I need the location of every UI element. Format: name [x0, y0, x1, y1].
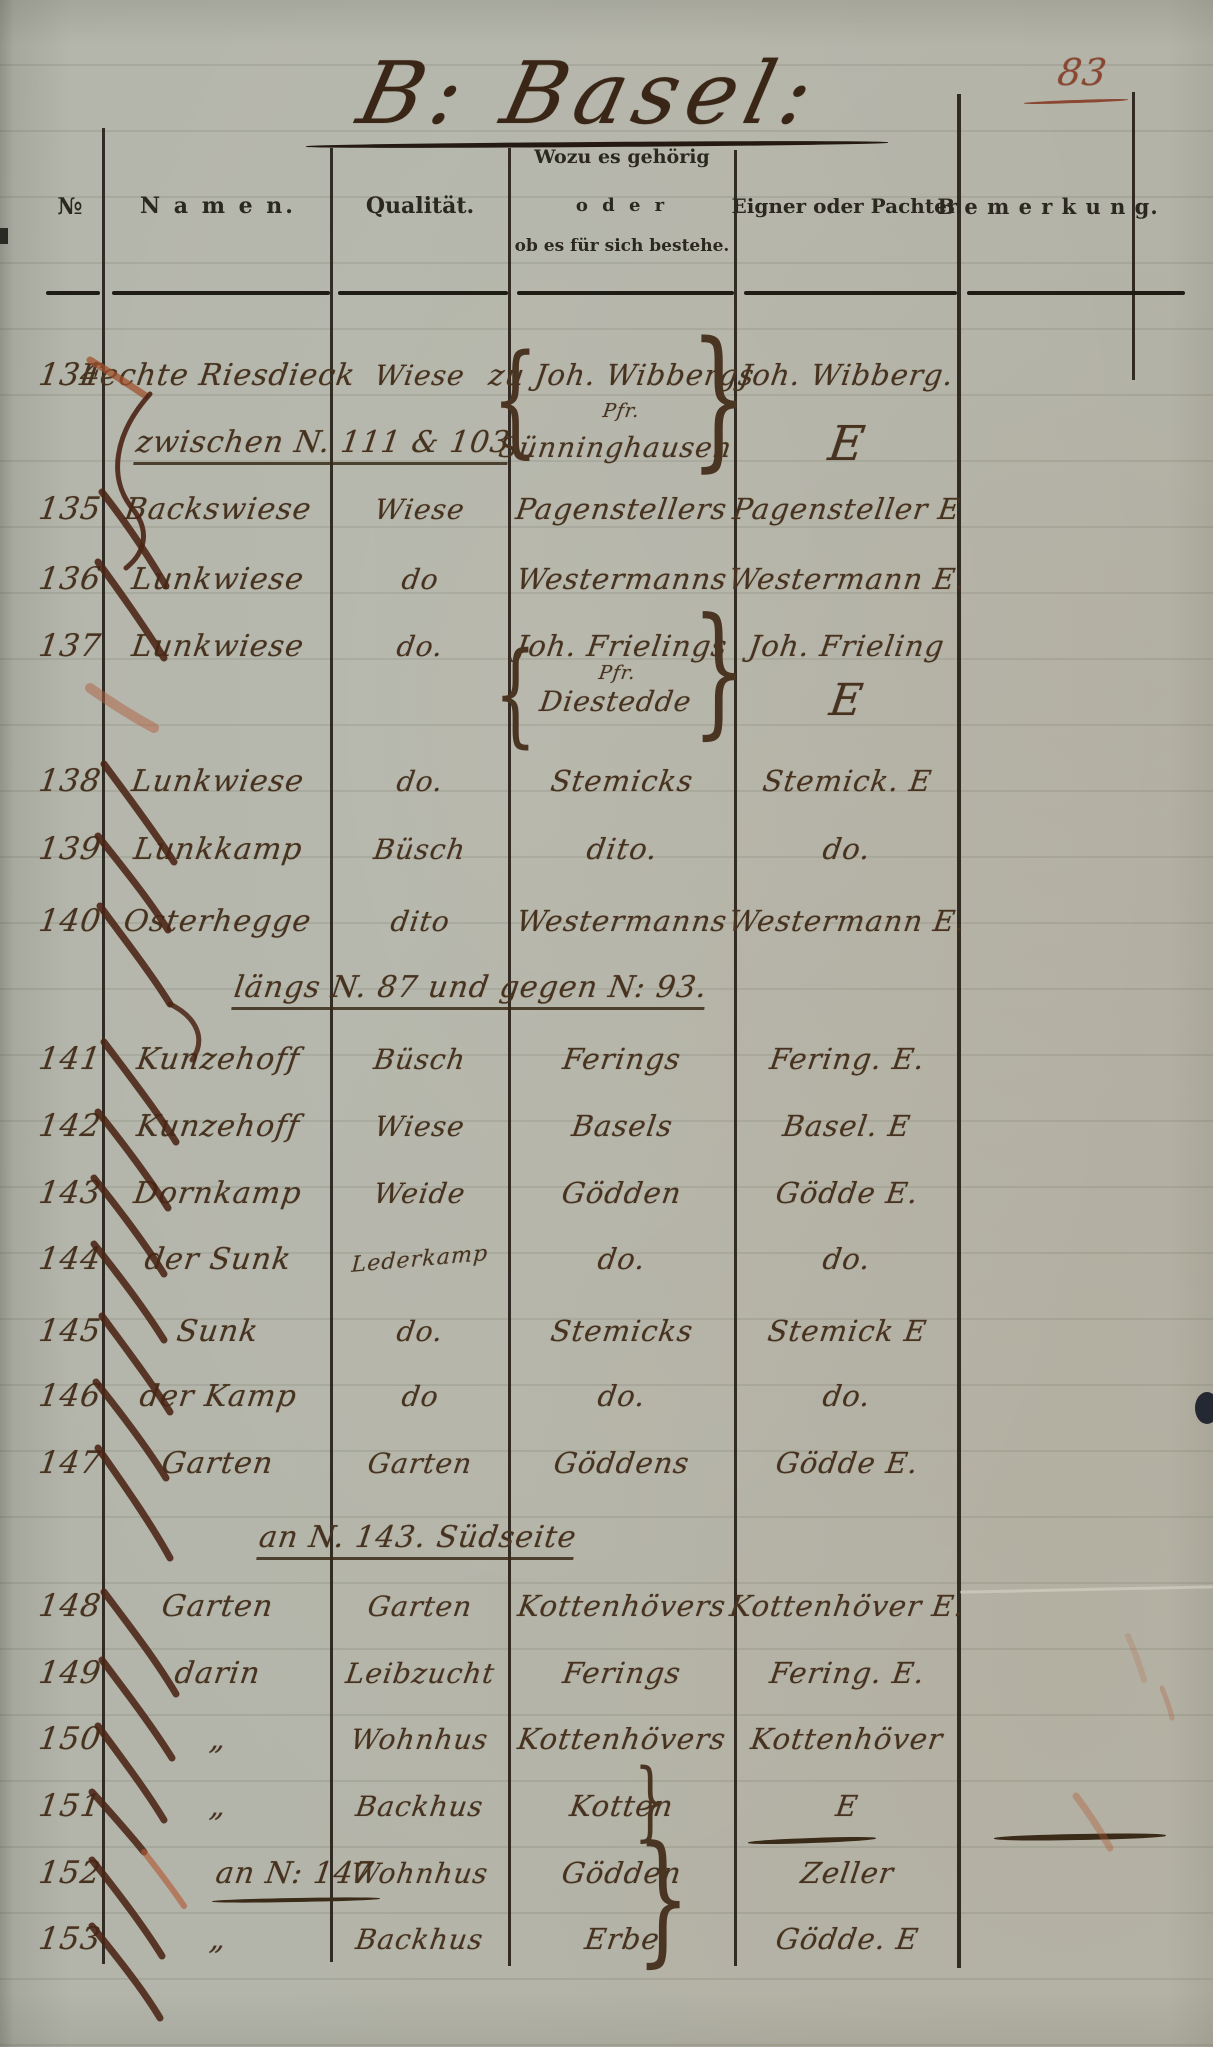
- table-row: 134 Fechte Riesdieck Wiese zu Joh. Wibbe…: [0, 352, 1213, 398]
- row-number: 145: [36, 1313, 103, 1349]
- table-row: 145 Sunk do. Stemicks Stemick E: [0, 1308, 1213, 1354]
- table-row: 138 Lunkwiese do. Stemicks Stemick. E: [0, 758, 1213, 804]
- name-entry: „: [207, 1789, 228, 1824]
- qualitaet-entry: do.: [395, 630, 446, 663]
- eigner-entry: Kottenhöver E.: [727, 1589, 966, 1623]
- row-number: 153: [36, 1921, 103, 1957]
- row-number: 147: [36, 1445, 103, 1481]
- header-rule: [338, 291, 508, 295]
- eigner-entry: do.: [821, 1242, 874, 1276]
- brace-open: {: [492, 338, 539, 460]
- table-row: 152 an N: 147 Wohnhus Gödden Zeller: [0, 1850, 1213, 1896]
- table-row: 143 Dornkamp Weide Gödden Gödde E.: [0, 1170, 1213, 1216]
- page-number-underline: [1024, 98, 1128, 105]
- eigner-entry: Westermann E.: [726, 562, 968, 596]
- eigner-entry: Westermann E.: [726, 904, 968, 938]
- name-entry: Lunkwiese: [130, 562, 307, 597]
- wozu-entry: Gödden: [560, 1176, 684, 1210]
- row-number: 143: [36, 1175, 103, 1211]
- row-number: 149: [36, 1655, 103, 1691]
- qualitaet-entry: Garten: [366, 1590, 475, 1623]
- name-entry: Lunkwiese: [130, 764, 307, 799]
- eigner-entry: do.: [821, 832, 874, 866]
- wozu-entry: Pagenstellers: [514, 492, 730, 526]
- qualitaet-entry: do.: [395, 1315, 446, 1348]
- table-row: 135 Backswiese Wiese Pagenstellers Pagen…: [0, 486, 1213, 532]
- wozu-entry: dito.: [584, 832, 659, 866]
- qualitaet-entry: Büsch: [372, 1043, 468, 1076]
- name-entry: „: [207, 1722, 228, 1757]
- table-row: 150 „ Wohnhus Kottenhövers Kottenhöver: [0, 1716, 1213, 1762]
- header-bemerkung: B e m e r k u n g.: [962, 186, 1134, 226]
- eigner-entry: do.: [821, 1379, 874, 1413]
- wozu-entry: do.: [596, 1242, 649, 1276]
- wozu-entry: Stemicks: [549, 764, 696, 798]
- eigner-entry: Stemick. E: [760, 764, 934, 798]
- qualitaet-entry: Wiese: [373, 359, 467, 392]
- eigner-entry-line2: E: [738, 416, 956, 472]
- row-number: 140: [36, 903, 103, 939]
- wozu-entry: Stemicks: [549, 1314, 696, 1348]
- table-row: 136 Lunkwiese do Westermanns Westermann …: [0, 556, 1213, 602]
- name-entry: darin: [173, 1656, 263, 1691]
- header-wozu-line3: ob es für sich bestehe.: [512, 230, 732, 262]
- qualitaet-entry: Wiese: [373, 493, 467, 526]
- brace-close: }: [690, 322, 748, 474]
- row-number: 136: [36, 561, 103, 597]
- page-title: B: Basel:: [290, 40, 890, 148]
- check-flourish: [118, 394, 150, 568]
- qualitaet-entry: do.: [395, 765, 446, 798]
- wozu-entry-line2: Diestedde: [516, 678, 716, 724]
- wozu-entry: Westermanns: [515, 904, 730, 938]
- row-number: 151: [36, 1788, 103, 1824]
- wozu-entry: Göddens: [552, 1446, 692, 1480]
- header-rule: [112, 291, 330, 295]
- name-entry: Kunzehoff: [134, 1109, 301, 1144]
- row-number: 138: [36, 763, 103, 799]
- qualitaet-entry: dito: [388, 905, 452, 938]
- row-number: 146: [36, 1378, 103, 1414]
- wozu-entry-line2: Sünninghausen: [512, 424, 718, 470]
- header-rule: [744, 291, 957, 295]
- header-rule: [517, 291, 734, 295]
- brace-close: }: [692, 600, 746, 742]
- document-page: 83 B: Basel: № N a m e n. Qualität. Wozu…: [0, 0, 1213, 2047]
- header-no: №: [36, 186, 104, 226]
- check-mark: [90, 688, 154, 728]
- name-entry: der Kamp: [137, 1379, 299, 1414]
- row-number: 144: [36, 1241, 103, 1277]
- name-entry: Dornkamp: [132, 1176, 304, 1211]
- margin-note: an N. 143. Südseite: [248, 1518, 588, 1562]
- row-number: 135: [36, 491, 103, 527]
- eigner-entry: Fering. E.: [767, 1656, 927, 1690]
- row-number: 141: [36, 1041, 103, 1077]
- header-namen: N a m e n.: [108, 186, 328, 226]
- name-entry: Garten: [160, 1589, 276, 1624]
- name-entry: Osterhegge: [122, 904, 314, 939]
- margin-note: längs N. 87 und gegen N: 93.: [240, 968, 700, 1012]
- wozu-entry: Ferings: [561, 1042, 684, 1076]
- wozu-superscript: Pfr.: [556, 398, 686, 424]
- eigner-entry: Pagensteller E: [731, 492, 963, 526]
- table-row: 153 „ Backhus Erbe Gödde. E: [0, 1916, 1213, 1962]
- header-wozu-line1: Wozu es gehörig: [512, 140, 732, 174]
- eigner-entry: Kottenhöver: [749, 1722, 946, 1756]
- header-qualitaet: Qualität.: [334, 186, 506, 226]
- name-entry: Sunk: [175, 1314, 261, 1349]
- row-number: 152: [36, 1855, 103, 1891]
- row-number: 148: [36, 1588, 103, 1624]
- qualitaet-entry: Garten: [366, 1447, 475, 1480]
- table-row: 151 „ Backhus Kotten E: [0, 1783, 1213, 1829]
- qualitaet-entry: do: [399, 563, 440, 596]
- qualitaet-entry: do: [399, 1380, 440, 1413]
- row-number: 139: [36, 831, 103, 867]
- row-number: 142: [36, 1108, 103, 1144]
- table-row: 140 Osterhegge dito Westermanns Westerma…: [0, 898, 1213, 944]
- qualitaet-entry: Backhus: [354, 1790, 486, 1823]
- column-line-right: [1132, 92, 1135, 380]
- qualitaet-entry: Backhus: [354, 1923, 486, 1956]
- qualitaet-entry: Wohnhus: [349, 1723, 491, 1756]
- eigner-entry: E: [834, 1789, 861, 1823]
- underline-e: [994, 1832, 1166, 1841]
- edge-mark: [0, 228, 8, 244]
- name-entry-line2: zwischen N. 111 & 103: [140, 422, 506, 468]
- header-eigner: Eigner oder Pachter.: [738, 186, 956, 226]
- wozu-entry: Kottenhövers: [516, 1722, 729, 1756]
- eigner-entry: Joh. Frieling: [747, 629, 947, 663]
- header-rule: [967, 291, 1185, 295]
- wozu-entry: do.: [596, 1379, 649, 1413]
- eigner-entry: Gödde. E: [773, 1922, 920, 1956]
- name-entry: Kunzehoff: [134, 1042, 301, 1077]
- header-rule: [46, 291, 100, 295]
- table-row: 146 der Kamp do do. do.: [0, 1373, 1213, 1419]
- row-number: 137: [36, 628, 103, 664]
- brace-close: }: [636, 1828, 690, 1970]
- table-row: 141 Kunzehoff Büsch Ferings Fering. E.: [0, 1036, 1213, 1082]
- wozu-entry: Basels: [569, 1109, 675, 1143]
- table-row: 147 Garten Garten Göddens Gödde E.: [0, 1440, 1213, 1486]
- page-number: 83: [1028, 48, 1138, 96]
- eigner-entry-line2: E: [738, 674, 956, 726]
- qualitaet-entry: Wohnhus: [349, 1857, 491, 1890]
- qualitaet-entry: Weide: [372, 1177, 468, 1210]
- eigner-entry: Stemick E: [765, 1314, 928, 1348]
- eigner-entry: Joh. Wibberg.: [738, 358, 956, 392]
- eigner-entry: Zeller: [798, 1856, 896, 1890]
- eigner-entry: Fering. E.: [767, 1042, 927, 1076]
- eigner-entry: Gödde E.: [773, 1446, 920, 1480]
- qualitaet-entry: Leibzucht: [343, 1657, 496, 1690]
- table-row: 142 Kunzehoff Wiese Basels Basel. E: [0, 1103, 1213, 1149]
- name-entry: Fechte Riesdieck: [78, 358, 358, 393]
- name-entry: „: [207, 1922, 228, 1957]
- qualitaet-entry: Wiese: [373, 1110, 467, 1143]
- underline-an-n147: [212, 1897, 380, 1904]
- wozu-entry: Ferings: [561, 1656, 684, 1690]
- name-entry: Garten: [160, 1446, 276, 1481]
- name-entry: Lunkwiese: [130, 629, 307, 664]
- row-number: 150: [36, 1721, 103, 1757]
- table-row: 149 darin Leibzucht Ferings Fering. E.: [0, 1650, 1213, 1696]
- qualitaet-entry: Lederkamp: [351, 1241, 489, 1278]
- header-wozu-line2: o d e r: [512, 188, 732, 222]
- table-row: 139 Lunkkamp Büsch dito. do.: [0, 826, 1213, 872]
- wozu-entry: Kottenhövers: [516, 1589, 729, 1623]
- name-entry: der Sunk: [142, 1242, 293, 1277]
- name-entry: Lunkkamp: [131, 832, 304, 867]
- eigner-entry: Gödde E.: [773, 1176, 920, 1210]
- qualitaet-entry: Büsch: [372, 833, 468, 866]
- name-entry: Backswiese: [122, 492, 313, 527]
- underline-kotten: [748, 1836, 876, 1845]
- brace-open: {: [494, 638, 537, 750]
- table-row: 144 der Sunk Lederkamp do. do.: [0, 1236, 1213, 1282]
- eigner-entry: Basel. E: [781, 1109, 913, 1143]
